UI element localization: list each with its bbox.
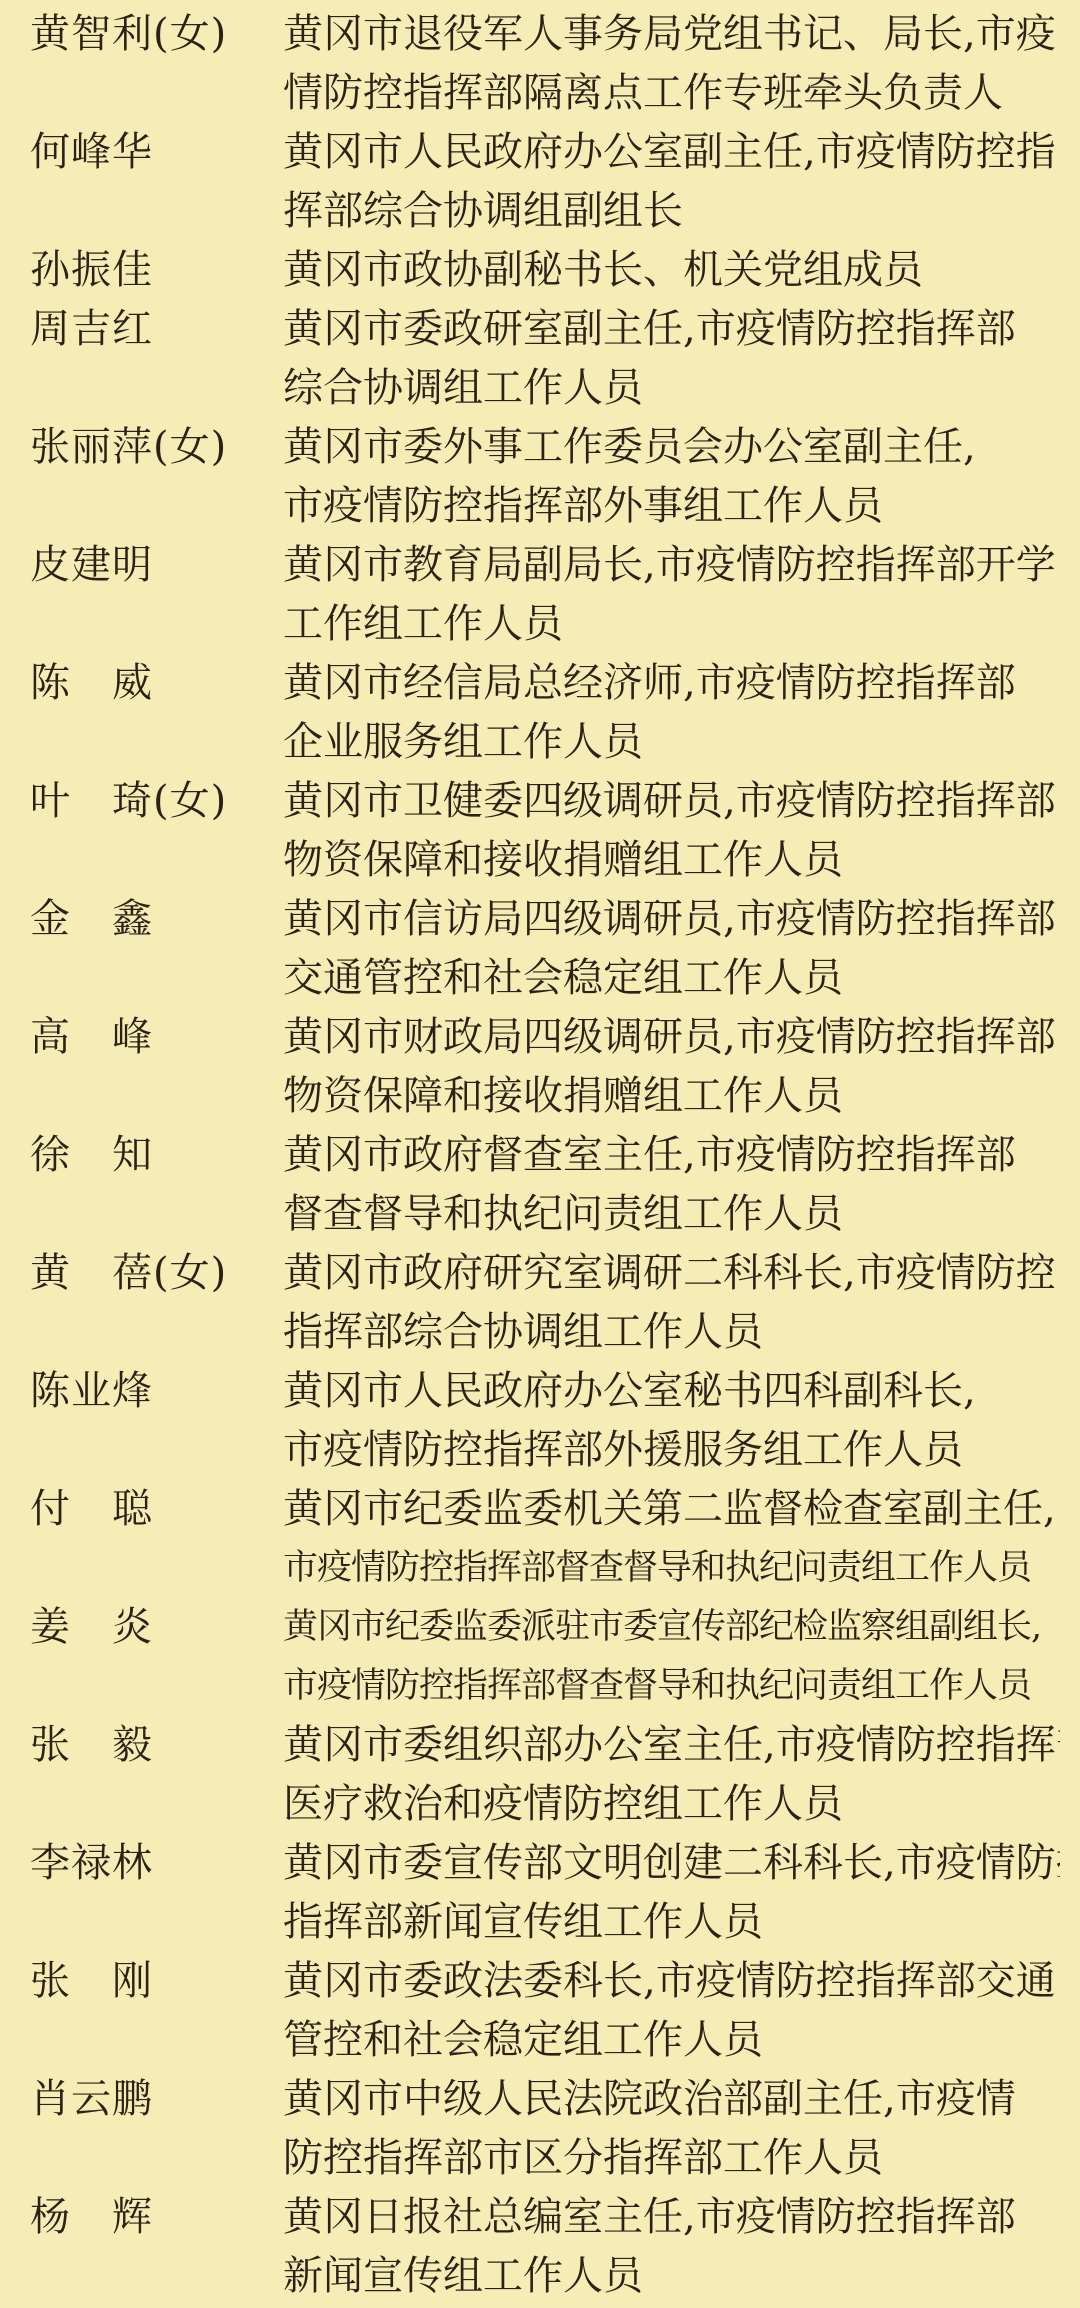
person-title: 黄冈市卫健委四级调研员,市疫情防控指挥部物资保障和接收捐赠组工作人员 — [283, 772, 1060, 890]
person-title-line: 挥部综合协调组副组长 — [283, 182, 1060, 241]
person-name: 周吉红 — [30, 300, 283, 359]
person-title-line: 综合协调组工作人员 — [283, 359, 1060, 418]
person-title-line: 防控指挥部市区分指挥部工作人员 — [283, 2129, 1060, 2188]
person-title: 黄冈市教育局副局长,市疫情防控指挥部开学工作组工作人员 — [283, 536, 1060, 654]
person-title: 黄冈市信访局四级调研员,市疫情防控指挥部交通管控和社会稳定组工作人员 — [283, 890, 1060, 1008]
person-title: 黄冈市委组织部办公室主任,市疫情防控指挥部医疗救治和疫情防控组工作人员 — [283, 1716, 1060, 1834]
person-title: 黄冈市委政研室副主任,市疫情防控指挥部综合协调组工作人员 — [283, 300, 1060, 418]
roster-row: 姜 炎 黄冈市纪委监委派驻市委宣传部纪检监察组副组长,市疫情防控指挥部督查督导和… — [30, 1598, 1060, 1716]
person-name: 黄智利(女) — [30, 5, 283, 64]
person-title-line: 情防控指挥部隔离点工作专班牵头负责人 — [283, 64, 1060, 123]
person-title-line: 管控和社会稳定组工作人员 — [283, 2011, 1060, 2070]
person-title-line: 工作组工作人员 — [283, 595, 1060, 654]
person-name: 金 鑫 — [30, 890, 283, 949]
person-title-line: 交通管控和社会稳定组工作人员 — [283, 949, 1060, 1008]
roster-row: 徐 知 黄冈市政府督查室主任,市疫情防控指挥部督查督导和执纪问责组工作人员 — [30, 1126, 1060, 1244]
person-name: 张丽萍(女) — [30, 418, 283, 477]
person-title-line: 物资保障和接收捐赠组工作人员 — [283, 831, 1060, 890]
person-title-line: 黄冈市政协副秘书长、机关党组成员 — [283, 241, 1060, 300]
roster-row: 李禄林 黄冈市委宣传部文明创建二科科长,市疫情防控指挥部新闻宣传组工作人员 — [30, 1834, 1060, 1952]
person-title-line: 黄冈市委政法委科长,市疫情防控指挥部交通 — [283, 1952, 1060, 2011]
roster-row: 付 聪 黄冈市纪委监委机关第二监督检查室副主任,市疫情防控指挥部督查督导和执纪问… — [30, 1480, 1060, 1598]
person-name: 李禄林 — [30, 1834, 283, 1893]
person-title-line: 黄冈市信访局四级调研员,市疫情防控指挥部 — [283, 890, 1060, 949]
person-title-line: 医疗救治和疫情防控组工作人员 — [283, 1775, 1060, 1834]
person-title-line: 指挥部综合协调组工作人员 — [283, 1303, 1060, 1362]
roster-row: 张 刚 黄冈市委政法委科长,市疫情防控指挥部交通管控和社会稳定组工作人员 — [30, 1952, 1060, 2070]
roster-row: 张 毅 黄冈市委组织部办公室主任,市疫情防控指挥部医疗救治和疫情防控组工作人员 — [30, 1716, 1060, 1834]
roster-row: 肖云鹏 黄冈市中级人民法院政治部副主任,市疫情防控指挥部市区分指挥部工作人员 — [30, 2070, 1060, 2188]
person-title-line: 黄冈市纪委监委机关第二监督检查室副主任, — [283, 1480, 1060, 1539]
person-title-line: 黄冈市委组织部办公室主任,市疫情防控指挥部 — [283, 1716, 1060, 1775]
person-title: 黄冈市委政法委科长,市疫情防控指挥部交通管控和社会稳定组工作人员 — [283, 1952, 1060, 2070]
person-title-line: 黄冈市经信局总经济师,市疫情防控指挥部 — [283, 654, 1060, 713]
person-title-line: 黄冈市退役军人事务局党组书记、局长,市疫 — [283, 5, 1060, 64]
roster-row: 何峰华 黄冈市人民政府办公室副主任,市疫情防控指挥部综合协调组副组长 — [30, 123, 1060, 241]
person-title: 黄冈市人民政府办公室秘书四科副科长,市疫情防控指挥部外援服务组工作人员 — [283, 1362, 1060, 1480]
person-name: 肖云鹏 — [30, 2070, 283, 2129]
person-title-line: 市疫情防控指挥部督查督导和执纪问责组工作人员 — [283, 1657, 1060, 1716]
person-title: 黄冈市政府督查室主任,市疫情防控指挥部督查督导和执纪问责组工作人员 — [283, 1126, 1060, 1244]
person-title: 黄冈市政协副秘书长、机关党组成员 — [283, 241, 1060, 300]
person-title-line: 黄冈日报社总编室主任,市疫情防控指挥部 — [283, 2188, 1060, 2247]
person-title: 黄冈市中级人民法院政治部副主任,市疫情防控指挥部市区分指挥部工作人员 — [283, 2070, 1060, 2188]
roster-row: 周吉红 黄冈市委政研室副主任,市疫情防控指挥部综合协调组工作人员 — [30, 300, 1060, 418]
person-name: 皮建明 — [30, 536, 283, 595]
person-title-line: 黄冈市财政局四级调研员,市疫情防控指挥部 — [283, 1008, 1060, 1067]
person-name: 何峰华 — [30, 123, 283, 182]
person-title: 黄冈市政府研究室调研二科科长,市疫情防控指挥部综合协调组工作人员 — [283, 1244, 1060, 1362]
person-title: 黄冈市经信局总经济师,市疫情防控指挥部企业服务组工作人员 — [283, 654, 1060, 772]
person-title-line: 督查督导和执纪问责组工作人员 — [283, 1185, 1060, 1244]
personnel-roster: 黄智利(女) 黄冈市退役军人事务局党组书记、局长,市疫情防控指挥部隔离点工作专班… — [0, 0, 1080, 2308]
person-name: 付 聪 — [30, 1480, 283, 1539]
person-name: 高 峰 — [30, 1008, 283, 1067]
person-title-line: 指挥部新闻宣传组工作人员 — [283, 1893, 1060, 1952]
roster-row: 黄 蓓(女) 黄冈市政府研究室调研二科科长,市疫情防控指挥部综合协调组工作人员 — [30, 1244, 1060, 1362]
roster-row: 叶 琦(女) 黄冈市卫健委四级调研员,市疫情防控指挥部物资保障和接收捐赠组工作人… — [30, 772, 1060, 890]
person-title-line: 市疫情防控指挥部外事组工作人员 — [283, 477, 1060, 536]
roster-row: 孙振佳 黄冈市政协副秘书长、机关党组成员 — [30, 241, 1060, 300]
person-title-line: 黄冈市政府研究室调研二科科长,市疫情防控 — [283, 1244, 1060, 1303]
person-name: 张 刚 — [30, 1952, 283, 2011]
person-title: 黄冈市委外事工作委员会办公室副主任,市疫情防控指挥部外事组工作人员 — [283, 418, 1060, 536]
person-title-line: 黄冈市教育局副局长,市疫情防控指挥部开学 — [283, 536, 1060, 595]
person-name: 黄 蓓(女) — [30, 1244, 283, 1303]
person-title: 黄冈市委宣传部文明创建二科科长,市疫情防控指挥部新闻宣传组工作人员 — [283, 1834, 1060, 1952]
roster-row: 黄智利(女) 黄冈市退役军人事务局党组书记、局长,市疫情防控指挥部隔离点工作专班… — [30, 5, 1060, 123]
person-title-line: 黄冈市卫健委四级调研员,市疫情防控指挥部 — [283, 772, 1060, 831]
roster-row: 金 鑫 黄冈市信访局四级调研员,市疫情防控指挥部交通管控和社会稳定组工作人员 — [30, 890, 1060, 1008]
person-title-line: 黄冈市中级人民法院政治部副主任,市疫情 — [283, 2070, 1060, 2129]
person-title-line: 黄冈市人民政府办公室副主任,市疫情防控指 — [283, 123, 1060, 182]
person-name: 叶 琦(女) — [30, 772, 283, 831]
person-name: 孙振佳 — [30, 241, 283, 300]
roster-row: 张丽萍(女) 黄冈市委外事工作委员会办公室副主任,市疫情防控指挥部外事组工作人员 — [30, 418, 1060, 536]
person-title-line: 黄冈市纪委监委派驻市委宣传部纪检监察组副组长, — [283, 1598, 1060, 1657]
person-title: 黄冈市纪委监委派驻市委宣传部纪检监察组副组长,市疫情防控指挥部督查督导和执纪问责… — [283, 1598, 1060, 1716]
roster-row: 皮建明 黄冈市教育局副局长,市疫情防控指挥部开学工作组工作人员 — [30, 536, 1060, 654]
person-title: 黄冈市人民政府办公室副主任,市疫情防控指挥部综合协调组副组长 — [283, 123, 1060, 241]
person-title-line: 黄冈市政府督查室主任,市疫情防控指挥部 — [283, 1126, 1060, 1185]
person-name: 陈业烽 — [30, 1362, 283, 1421]
person-title: 黄冈市纪委监委机关第二监督检查室副主任,市疫情防控指挥部督查督导和执纪问责组工作… — [283, 1480, 1060, 1598]
person-title-line: 市疫情防控指挥部督查督导和执纪问责组工作人员 — [283, 1539, 1060, 1598]
roster-row: 陈业烽 黄冈市人民政府办公室秘书四科副科长,市疫情防控指挥部外援服务组工作人员 — [30, 1362, 1060, 1480]
roster-row: 高 峰 黄冈市财政局四级调研员,市疫情防控指挥部物资保障和接收捐赠组工作人员 — [30, 1008, 1060, 1126]
person-title: 黄冈市财政局四级调研员,市疫情防控指挥部物资保障和接收捐赠组工作人员 — [283, 1008, 1060, 1126]
person-title-line: 物资保障和接收捐赠组工作人员 — [283, 1067, 1060, 1126]
person-title-line: 市疫情防控指挥部外援服务组工作人员 — [283, 1421, 1060, 1480]
person-name: 徐 知 — [30, 1126, 283, 1185]
roster-row: 陈 威 黄冈市经信局总经济师,市疫情防控指挥部企业服务组工作人员 — [30, 654, 1060, 772]
person-title: 黄冈日报社总编室主任,市疫情防控指挥部新闻宣传组工作人员 — [283, 2188, 1060, 2306]
person-name: 张 毅 — [30, 1716, 283, 1775]
person-name: 陈 威 — [30, 654, 283, 713]
person-title: 黄冈市退役军人事务局党组书记、局长,市疫情防控指挥部隔离点工作专班牵头负责人 — [283, 5, 1060, 123]
person-title-line: 黄冈市人民政府办公室秘书四科副科长, — [283, 1362, 1060, 1421]
person-title-line: 黄冈市委外事工作委员会办公室副主任, — [283, 418, 1060, 477]
person-name: 杨 辉 — [30, 2188, 283, 2247]
person-name: 姜 炎 — [30, 1598, 283, 1657]
roster-row: 杨 辉 黄冈日报社总编室主任,市疫情防控指挥部新闻宣传组工作人员 — [30, 2188, 1060, 2306]
person-title-line: 企业服务组工作人员 — [283, 713, 1060, 772]
person-title-line: 新闻宣传组工作人员 — [283, 2247, 1060, 2306]
person-title-line: 黄冈市委宣传部文明创建二科科长,市疫情防控 — [283, 1834, 1060, 1893]
person-title-line: 黄冈市委政研室副主任,市疫情防控指挥部 — [283, 300, 1060, 359]
